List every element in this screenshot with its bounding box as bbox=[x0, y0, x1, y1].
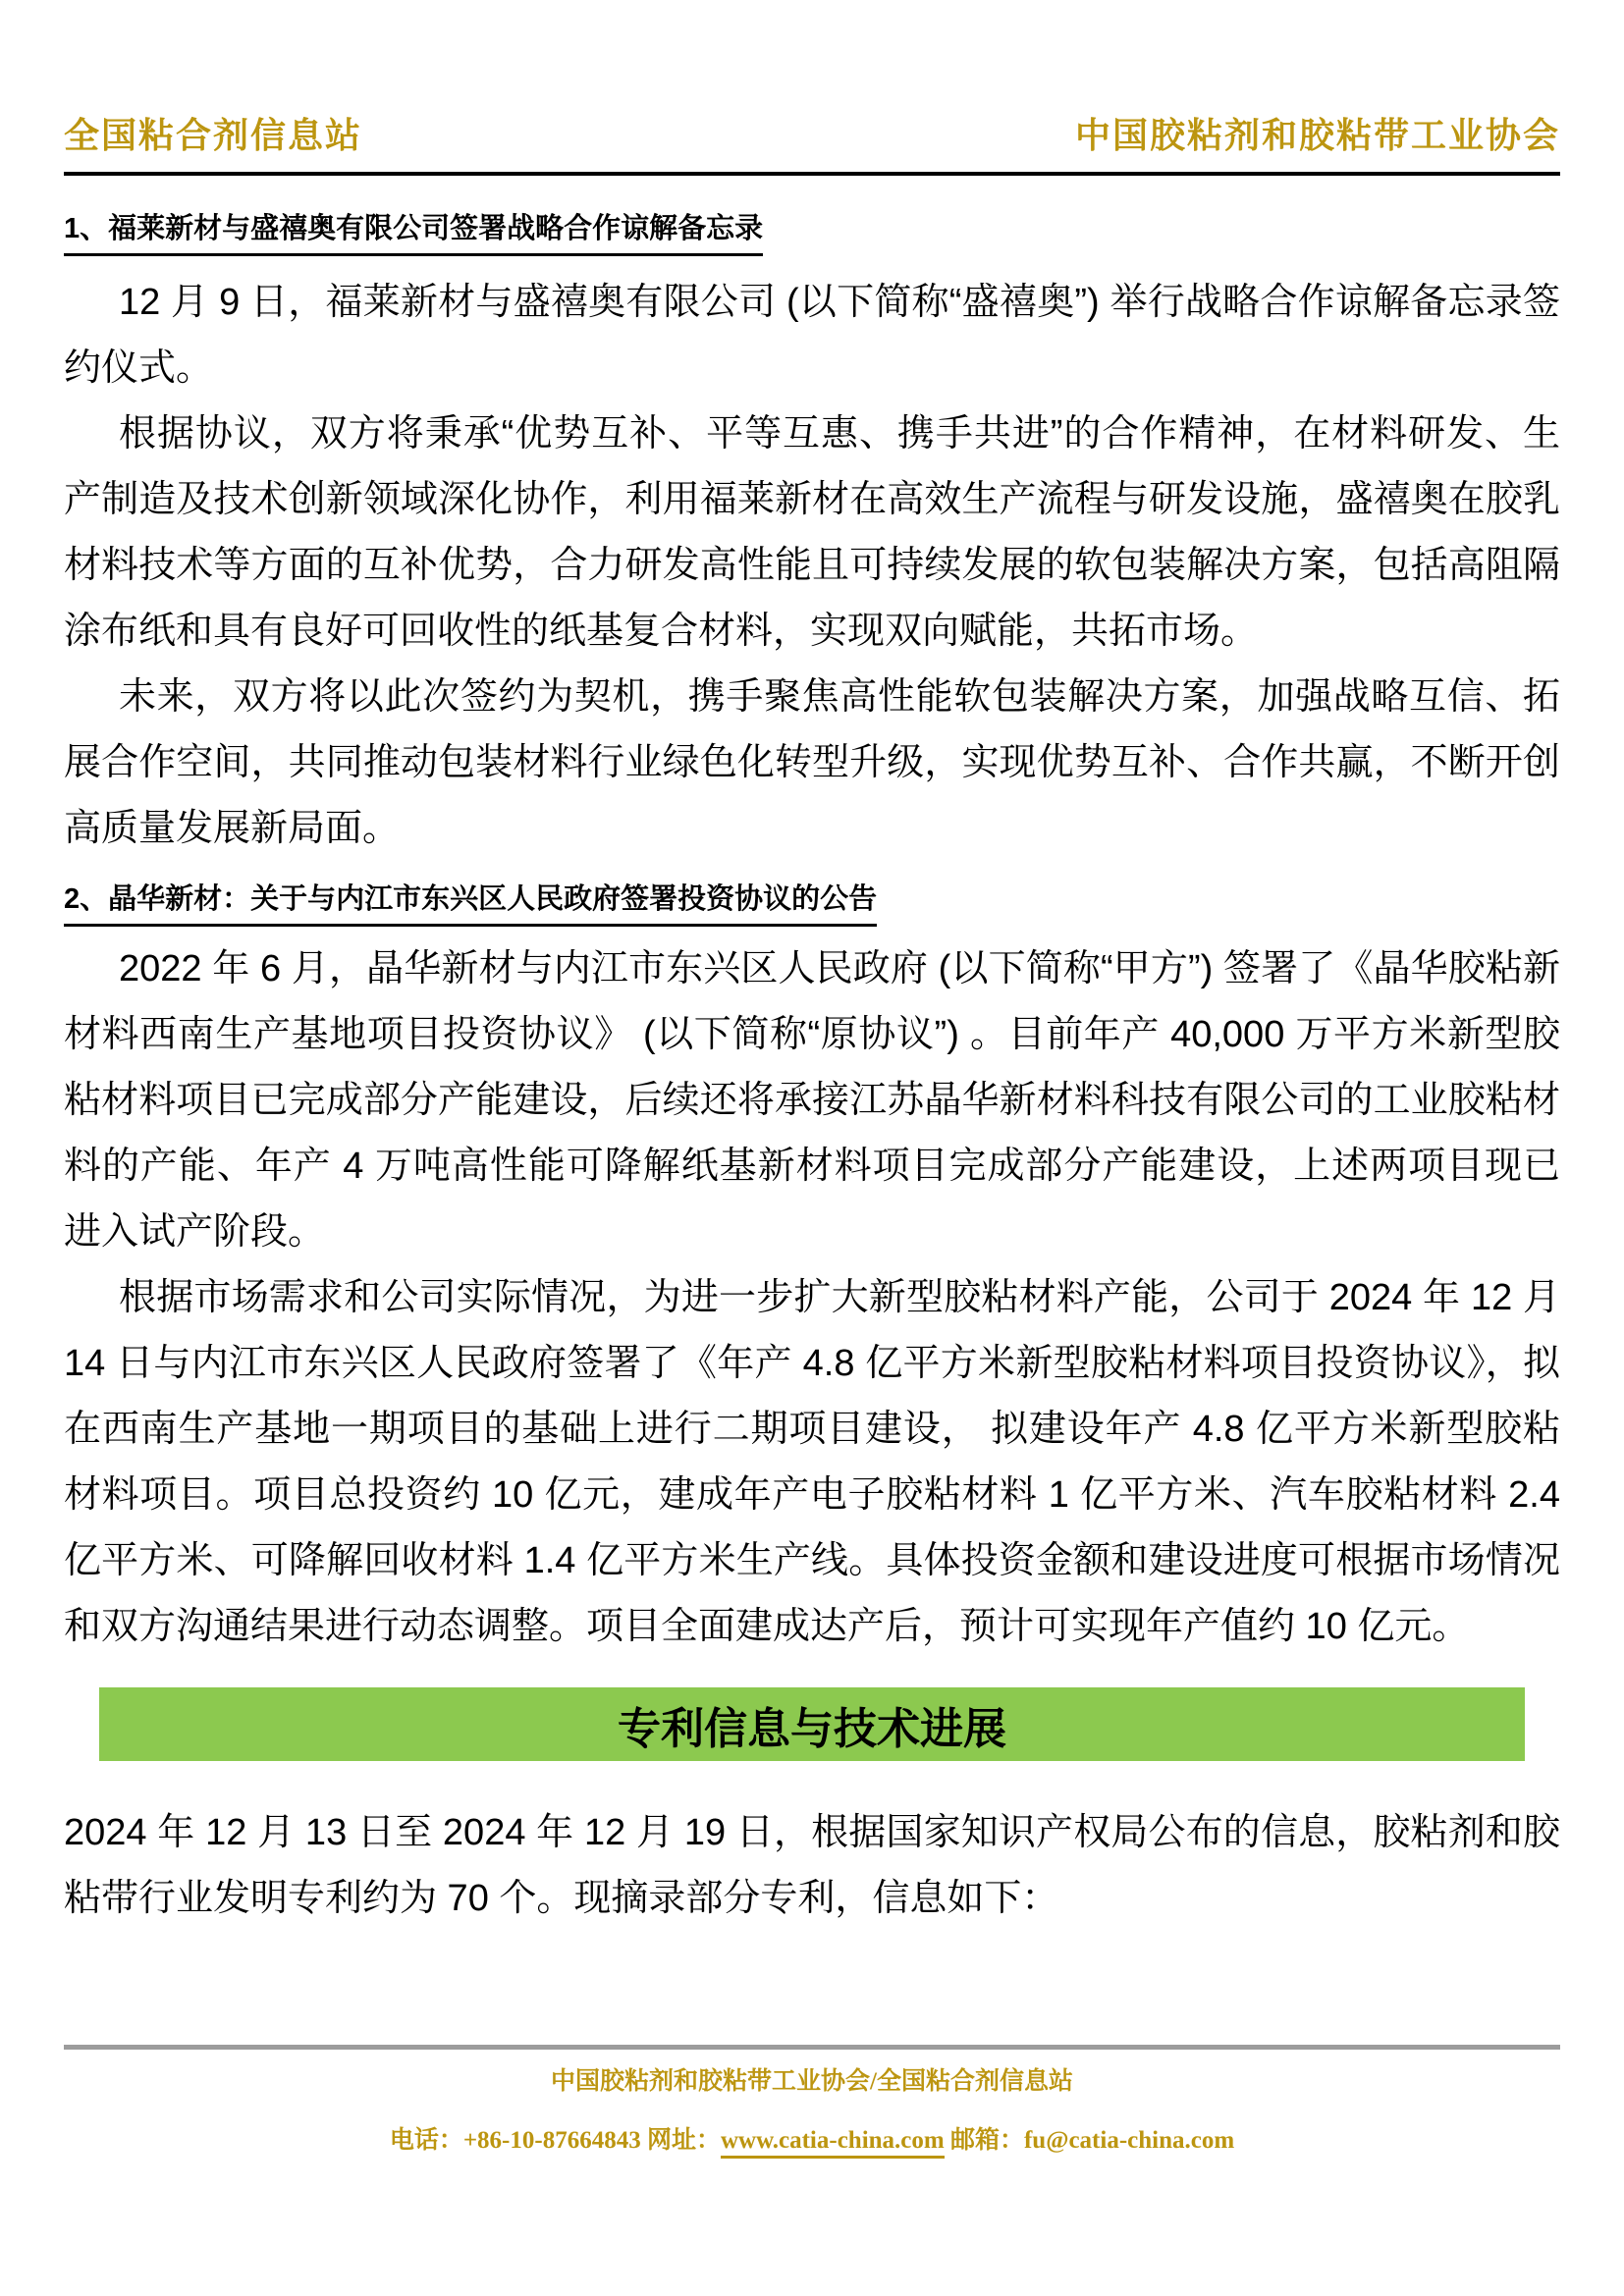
section-1-heading: 1、福莱新材与盛禧奥有限公司签署战略合作谅解备忘录 bbox=[64, 209, 1560, 256]
patent-banner-title: 专利信息与技术进展 bbox=[618, 1693, 1006, 1756]
footer-phone-and-web-label: 电话：+86-10-87664843 网址： bbox=[390, 2127, 721, 2154]
header-left-title: 全国粘合剂信息站 bbox=[64, 108, 362, 158]
page-header: 全国粘合剂信息站 中国胶粘剂和胶粘带工业协会 bbox=[64, 0, 1560, 158]
section-2-paragraph-2: 根据市场需求和公司实际情况，为进一步扩大新型胶粘材料产能，公司于 2024 年 … bbox=[64, 1265, 1560, 1660]
website-link[interactable]: www.catia-china.com bbox=[721, 2127, 945, 2159]
section-1-paragraph-3: 未来，双方将以此次签约为契机，携手聚焦高性能软包装解决方案，加强战略互信、拓展合… bbox=[64, 665, 1560, 862]
section-1-paragraph-2: 根据协议，双方将秉承“优势互补、平等互惠、携手共进”的合作精神，在材料研发、生产… bbox=[64, 401, 1560, 665]
header-right-title: 中国胶粘剂和胶粘带工业协会 bbox=[1075, 108, 1560, 158]
section-1-paragraph-1: 12 月 9 日，福莱新材与盛禧奥有限公司 (以下简称“盛禧奥”) 举行战略合作… bbox=[64, 270, 1560, 401]
section-2-heading: 2、晶华新材：关于与内江市东兴区人民政府签署投资协议的公告 bbox=[64, 880, 1560, 927]
footer-org-line: 中国胶粘剂和胶粘带工业协会/全国粘合剂信息站 bbox=[64, 2061, 1560, 2097]
section-2-heading-text: 2、晶华新材：关于与内江市东兴区人民政府签署投资协议的公告 bbox=[64, 880, 877, 927]
footer-email-label: 邮箱：fu@catia-china.com bbox=[945, 2127, 1234, 2154]
page-footer: 中国胶粘剂和胶粘带工业协会/全国粘合剂信息站 电话：+86-10-8766484… bbox=[64, 2045, 1560, 2156]
footer-contact-line: 电话：+86-10-87664843 网址：www.catia-china.co… bbox=[64, 2120, 1560, 2156]
section-1-heading-text: 1、福莱新材与盛禧奥有限公司签署战略合作谅解备忘录 bbox=[64, 209, 763, 256]
section-2-paragraph-1: 2022 年 6 月，晶华新材与内江市东兴区人民政府 (以下简称“甲方”) 签署… bbox=[64, 936, 1560, 1265]
newsletter-page: 全国粘合剂信息站 中国胶粘剂和胶粘带工业协会 1、福莱新材与盛禧奥有限公司签署战… bbox=[0, 0, 1624, 2296]
patent-section-banner: 专利信息与技术进展 bbox=[99, 1687, 1525, 1761]
news-section-1: 1、福莱新材与盛禧奥有限公司签署战略合作谅解备忘录 12 月 9 日，福莱新材与… bbox=[64, 209, 1560, 862]
header-divider bbox=[64, 172, 1560, 176]
footer-divider bbox=[64, 2045, 1560, 2050]
news-section-2: 2、晶华新材：关于与内江市东兴区人民政府签署投资协议的公告 2022 年 6 月… bbox=[64, 880, 1560, 1660]
patent-intro-paragraph: 2024 年 12 月 13 日至 2024 年 12 月 19 日，根据国家知… bbox=[64, 1800, 1560, 1932]
